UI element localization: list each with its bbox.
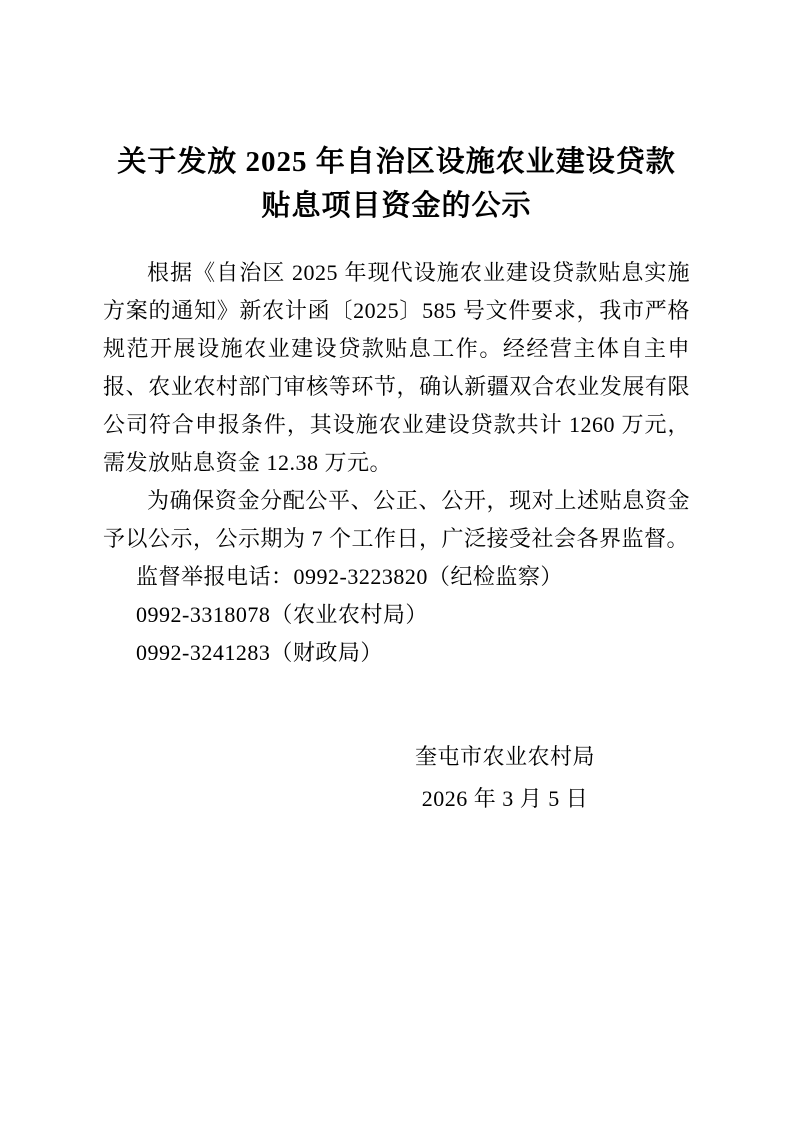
signature-issuer: 奎屯市农业农村局: [355, 736, 655, 778]
contact-line-caizheng: 0992-3241283（财政局）: [103, 634, 690, 672]
contact-line-jijian: 监督举报电话：0992-3223820（纪检监察）: [103, 558, 690, 596]
document-title-line1: 关于发放 2025 年自治区设施农业建设贷款: [117, 146, 676, 178]
signature-date: 2026 年 3 月 5 日: [355, 778, 655, 820]
document-body: 根据《自治区 2025 年现代设施农业建设贷款贴息实施方案的通知》新农计函〔20…: [103, 254, 690, 672]
contact-line-nongye: 0992-3318078（农业农村局）: [103, 596, 690, 634]
paragraph-basis: 根据《自治区 2025 年现代设施农业建设贷款贴息实施方案的通知》新农计函〔20…: [103, 254, 690, 482]
document-title: 关于发放 2025 年自治区设施农业建设贷款 贴息项目资金的公示: [103, 0, 690, 228]
document-title-line2: 贴息项目资金的公示: [261, 190, 531, 222]
document-page: 关于发放 2025 年自治区设施农业建设贷款 贴息项目资金的公示 根据《自治区 …: [0, 0, 793, 1122]
document-content: 关于发放 2025 年自治区设施农业建设贷款 贴息项目资金的公示 根据《自治区 …: [0, 0, 793, 820]
signature-block: 奎屯市农业农村局 2026 年 3 月 5 日: [355, 736, 655, 820]
paragraph-publicity: 为确保资金分配公平、公正、公开，现对上述贴息资金予以公示，公示期为 7 个工作日…: [103, 482, 690, 558]
